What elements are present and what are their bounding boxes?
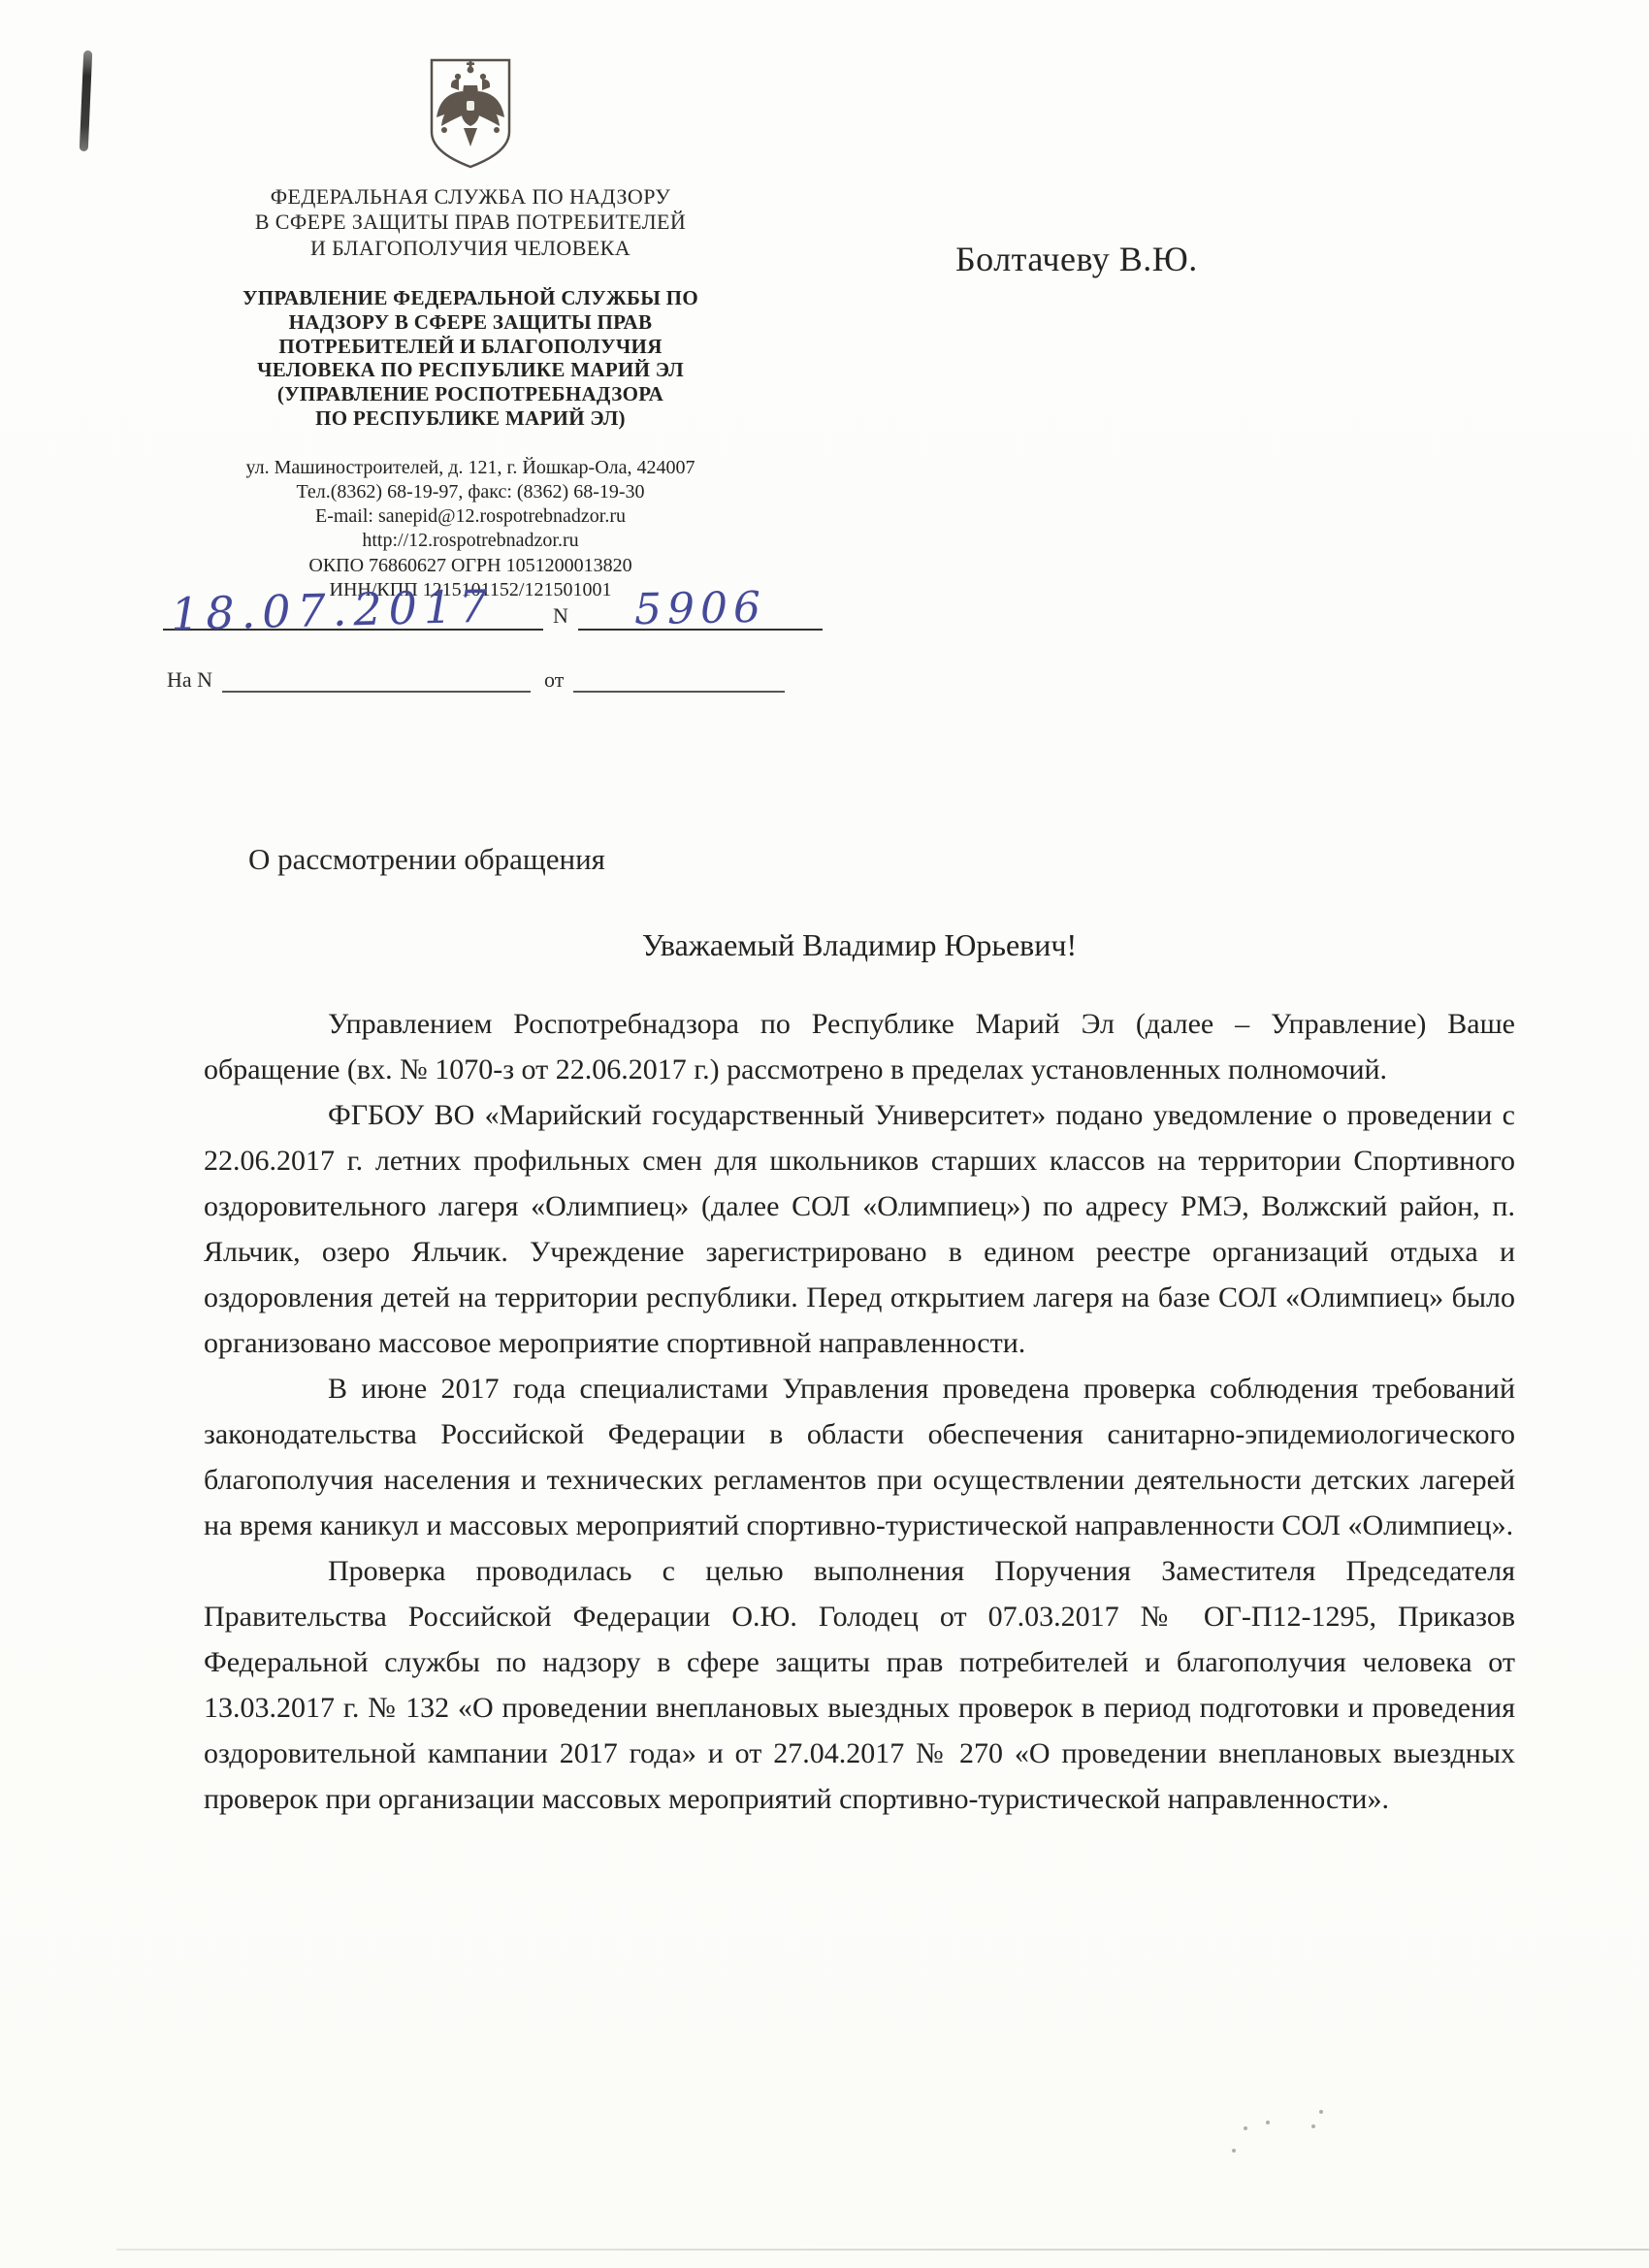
- body-paragraph: Проверка проводилась с целью выполнения …: [204, 1548, 1515, 1822]
- reply-number-underline: [222, 691, 531, 693]
- scan-speck: [1266, 2121, 1270, 2124]
- scan-speck: [1232, 2149, 1236, 2153]
- body-paragraph: В июне 2017 года специалистами Управлени…: [204, 1366, 1515, 1548]
- letter-body: Управлением Роспотребнадзора по Республи…: [204, 1001, 1515, 1822]
- recipient-name: Болтачеву В.Ю.: [955, 239, 1198, 279]
- number-underline: 5906: [578, 588, 823, 631]
- number-label: N: [553, 603, 568, 631]
- okpo-ogrn-line: ОКПО 76860627 ОГРН 1051200013820: [175, 554, 766, 578]
- department-name: УПРАВЛЕНИЕ ФЕДЕРАЛЬНОЙ СЛУЖБЫ ПО НАДЗОРУ…: [175, 286, 766, 431]
- handwritten-number: 5906: [634, 587, 767, 632]
- reply-reference-row: На N от: [167, 667, 785, 693]
- reply-date-underline: [573, 691, 785, 693]
- handwritten-date: 18.07.2017: [162, 584, 494, 637]
- letterhead: ФЕДЕРАЛЬНАЯ СЛУЖБА ПО НАДЗОРУ В СФЕРЕ ЗА…: [175, 56, 766, 602]
- outgoing-reference-row: 18.07.2017 N 5906: [163, 588, 823, 631]
- federal-service-name: ФЕДЕРАЛЬНАЯ СЛУЖБА ПО НАДЗОРУ В СФЕРЕ ЗА…: [175, 184, 766, 261]
- body-paragraph: Управлением Роспотребнадзора по Республи…: [204, 1001, 1515, 1092]
- scan-speck: [1311, 2124, 1315, 2128]
- letter-page: ФЕДЕРАЛЬНАЯ СЛУЖБА ПО НАДЗОРУ В СФЕРЕ ЗА…: [0, 0, 1649, 2268]
- reply-na-label: На N: [167, 667, 212, 693]
- scan-speck: [1244, 2126, 1247, 2130]
- subject-line: О рассмотрении обращения: [248, 842, 605, 877]
- reply-ot-label: от: [544, 667, 564, 693]
- email-line: E-mail: sanepid@12.rospotrebnadzor.ru: [175, 504, 766, 529]
- body-paragraph: ФГБОУ ВО «Марийский государственный Унив…: [204, 1092, 1515, 1366]
- phone-line: Тел.(8362) 68-19-97, факс: (8362) 68-19-…: [175, 480, 766, 504]
- scan-speck: [1319, 2110, 1323, 2114]
- website-line: http://12.rospotrebnadzor.ru: [175, 529, 766, 553]
- salutation: Уважаемый Владимир Юрьевич!: [204, 927, 1515, 963]
- address-line: ул. Машиностроителей, д. 121, г. Йошкар-…: [175, 456, 766, 480]
- date-underline: 18.07.2017: [163, 588, 543, 631]
- scanner-edge-line: [116, 2249, 1649, 2251]
- scan-staple-mark: [80, 50, 93, 151]
- russian-coat-of-arms-icon: [426, 56, 515, 171]
